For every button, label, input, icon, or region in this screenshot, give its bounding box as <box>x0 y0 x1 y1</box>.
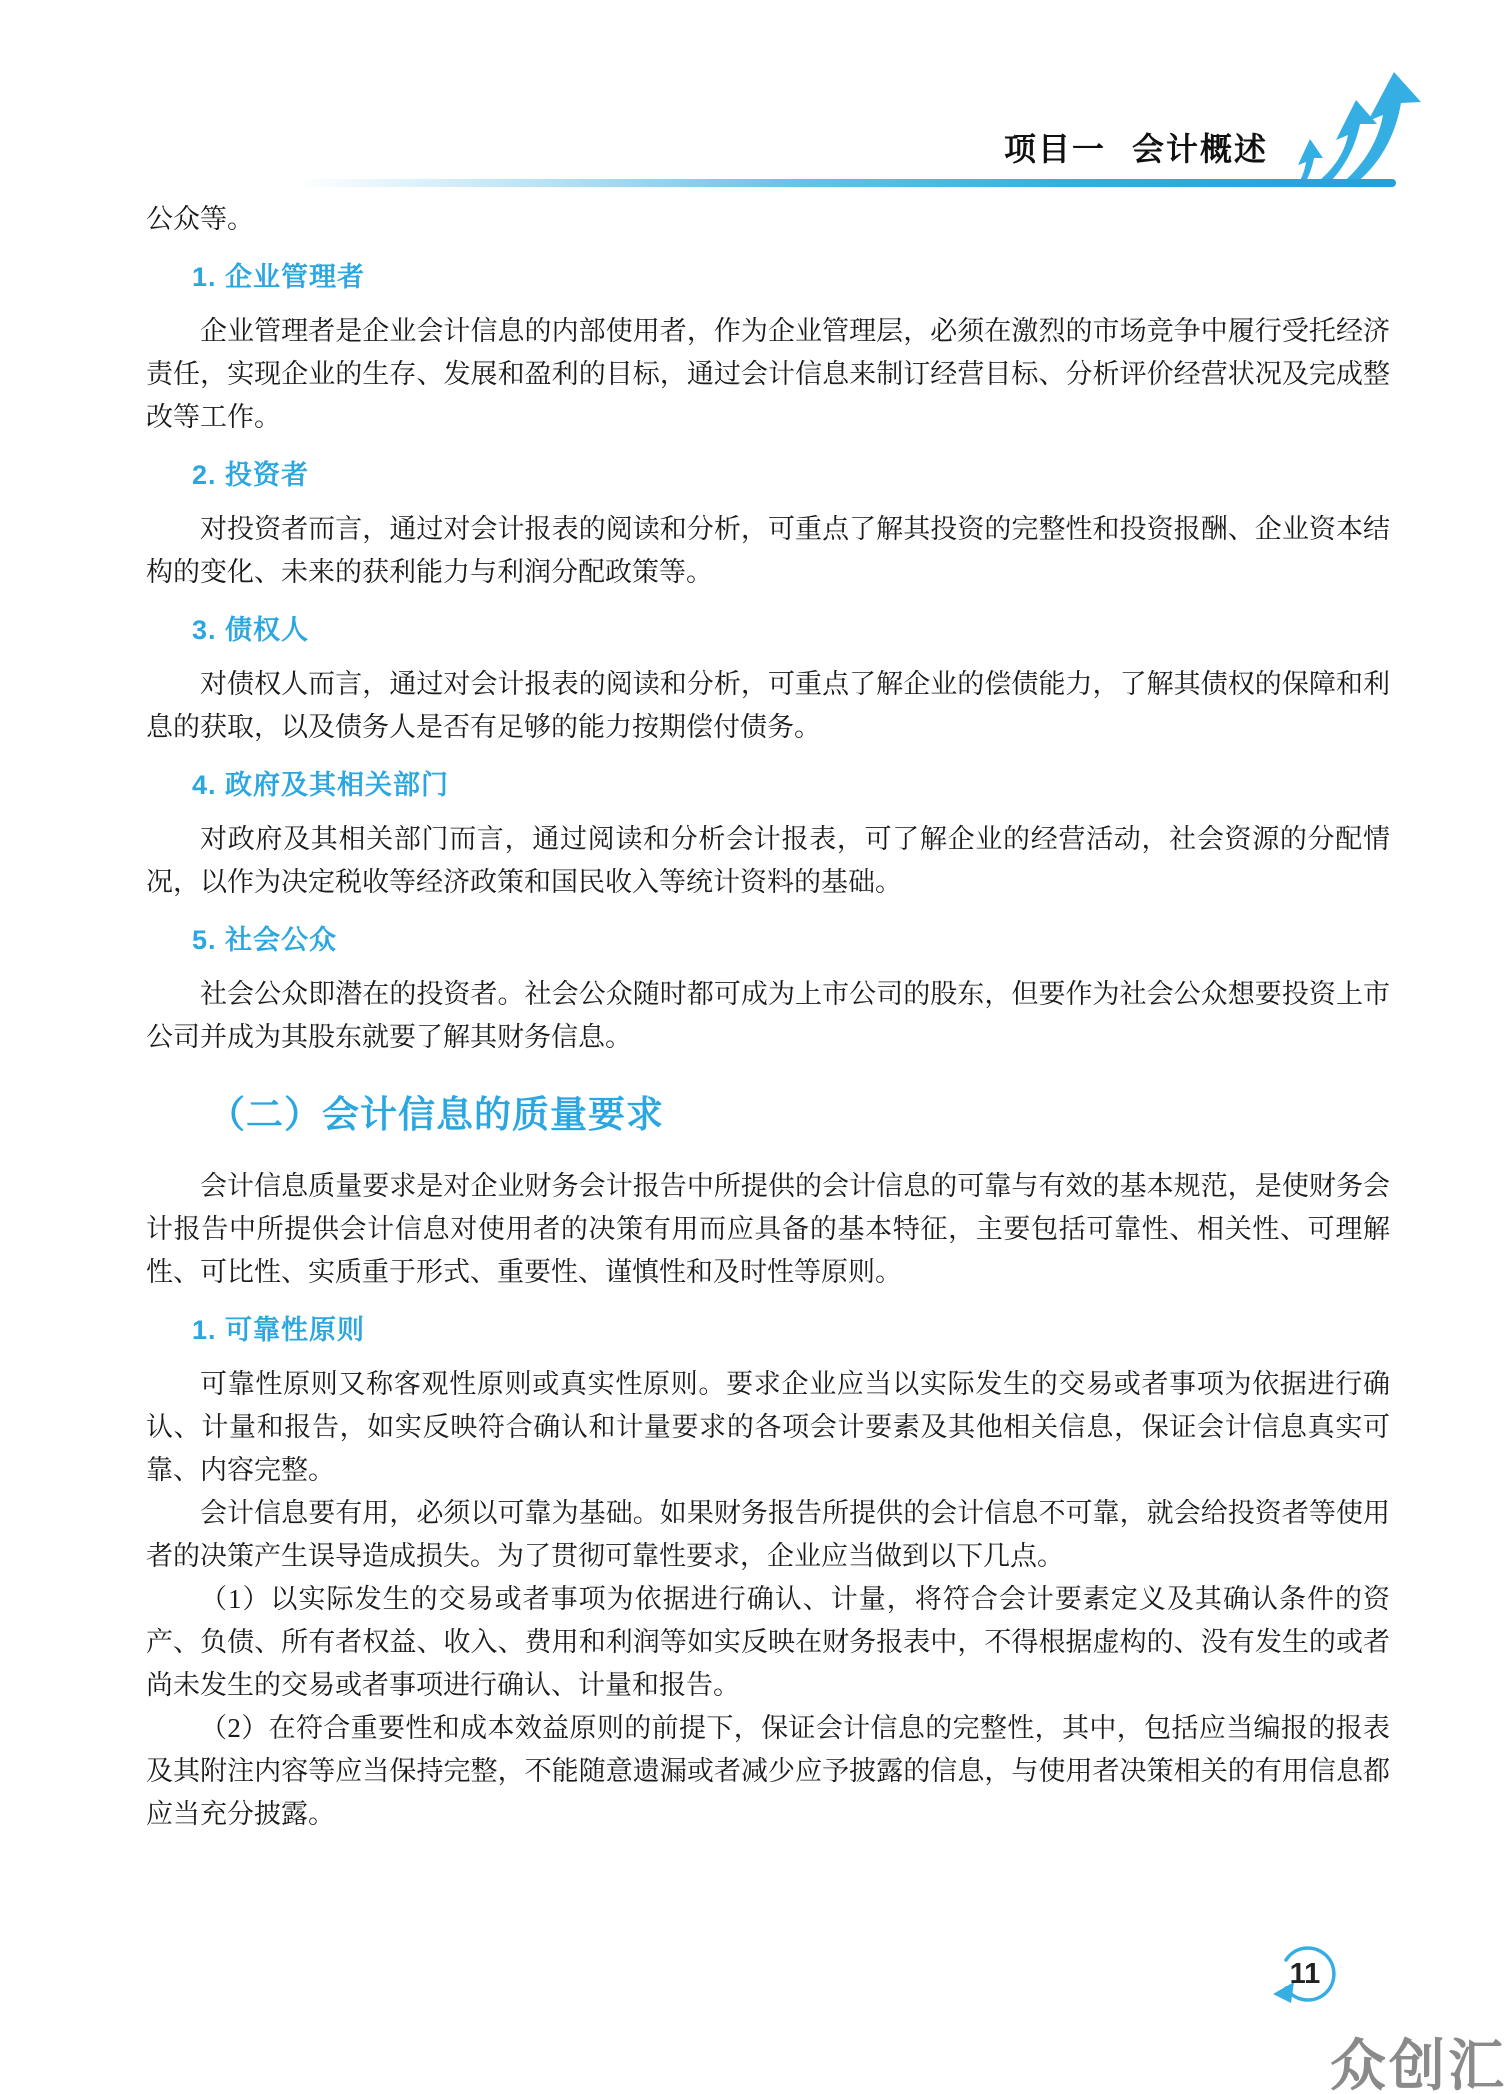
chapter-label: 项目一 <box>1004 124 1106 170</box>
header-accent-rule <box>298 179 1396 187</box>
paragraph: 社会公众即潜在的投资者。社会公众随时都可成为上市公司的股东，但要作为社会公众想要… <box>146 973 1390 1059</box>
paragraph: （2）在符合重要性和成本效益原则的前提下，保证会计信息的完整性，其中，包括应当编… <box>146 1707 1390 1836</box>
section-heading-quality-requirements: （二）会计信息的质量要求 <box>208 1089 1390 1141</box>
watermark-logo: 众创汇嘉 <box>1330 2022 1504 2094</box>
heading-reliability-principle: 1. 可靠性原则 <box>192 1309 1390 1352</box>
paragraph-continuation: 公众等。 <box>146 198 1390 241</box>
document-body: 公众等。 1. 企业管理者 企业管理者是企业会计信息的内部使用者，作为企业管理层… <box>146 198 1390 1836</box>
page-number: 11 <box>1272 1958 1338 1991</box>
paragraph: （1）以实际发生的交易或者事项为依据进行确认、计量，将符合会计要素定义及其确认条… <box>146 1578 1390 1707</box>
paragraph: 对政府及其相关部门而言，通过阅读和分析会计报表，可了解企业的经营活动，社会资源的… <box>146 818 1390 904</box>
heading-creditors: 3. 债权人 <box>192 609 1390 652</box>
rising-arrows-icon <box>1294 70 1424 186</box>
paragraph: 会计信息质量要求是对企业财务会计报告中所提供的会计信息的可靠与有效的基本规范，是… <box>146 1165 1390 1294</box>
heading-investors: 2. 投资者 <box>192 454 1390 497</box>
running-head: 项目一 会计概述 <box>0 124 1268 170</box>
paragraph: 对投资者而言，通过对会计报表的阅读和分析，可重点了解其投资的完整性和投资报酬、企… <box>146 508 1390 594</box>
paragraph: 可靠性原则又称客观性原则或真实性原则。要求企业应当以实际发生的交易或者事项为依据… <box>146 1363 1390 1492</box>
paragraph: 企业管理者是企业会计信息的内部使用者，作为企业管理层，必须在激烈的市场竞争中履行… <box>146 310 1390 439</box>
heading-government: 4. 政府及其相关部门 <box>192 764 1390 807</box>
page-number-badge: 11 <box>1272 1936 1344 2010</box>
paragraph: 对债权人而言，通过对会计报表的阅读和分析，可重点了解企业的偿债能力，了解其债权的… <box>146 663 1390 749</box>
paragraph: 会计信息要有用，必须以可靠为基础。如果财务报告所提供的会计信息不可靠，就会给投资… <box>146 1492 1390 1578</box>
page-header: 项目一 会计概述 <box>0 0 1504 196</box>
heading-enterprise-managers: 1. 企业管理者 <box>192 256 1390 299</box>
chapter-title: 会计概述 <box>1132 124 1268 170</box>
heading-public: 5. 社会公众 <box>192 919 1390 962</box>
